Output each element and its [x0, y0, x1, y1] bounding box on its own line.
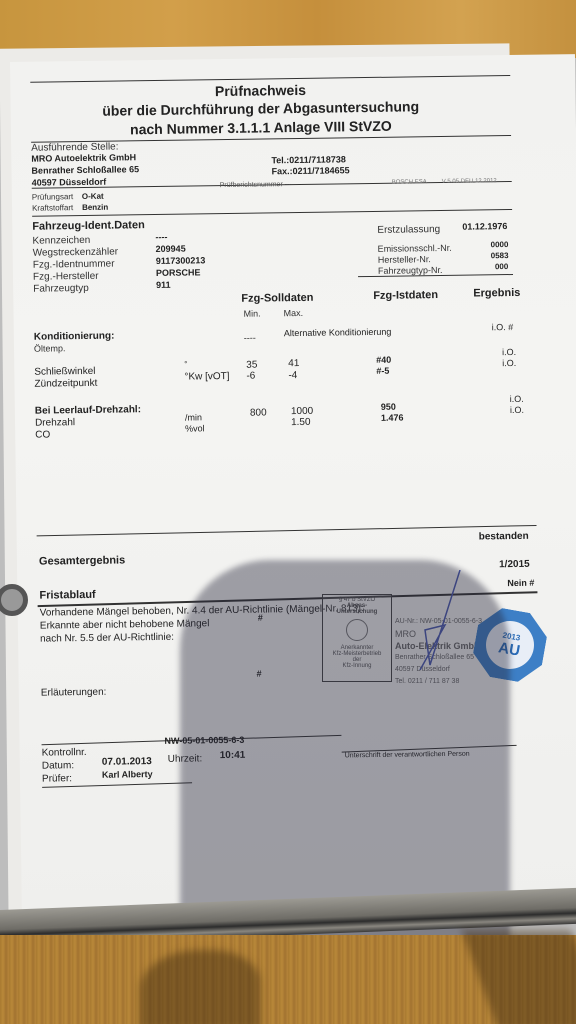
vehicle-heading: Fahrzeug-Ident.Daten [32, 219, 145, 233]
header-ergebnis: Ergebnis [473, 287, 520, 300]
vehicle-value: 9117300213 [156, 255, 206, 266]
vehicle-label: Kennzeichen [32, 235, 90, 247]
oil-temp-label: Öltemp. [34, 343, 66, 353]
header-solldaten: Fzg-Solldaten [241, 292, 313, 305]
idle-unit: %vol [185, 423, 205, 433]
idle-unit: /min [185, 412, 202, 422]
idle-min: 800 [250, 407, 267, 418]
fuel-type-label: Kraftstoffart [32, 203, 73, 213]
device-info: BOSCH ESA [392, 179, 427, 185]
idle-result: i.O. [510, 405, 524, 415]
measurement-label: Zündzeitpunkt [34, 378, 97, 390]
vehicle-label: Wegstreckenzähler [33, 247, 119, 259]
issuer-tel: Tel.:0211/7118738 [271, 154, 346, 165]
header-min: Min. [243, 309, 260, 319]
deadline-label: Fristablauf [39, 589, 95, 602]
conditioning-note: Alternative Konditionierung [284, 327, 392, 339]
test-type-value: O-Kat [82, 192, 104, 201]
report-number: Prüfberichtsnummer ---- [220, 181, 294, 189]
deadline-value: 1/2015 [499, 559, 530, 570]
measurement-actual: #-5 [376, 366, 389, 376]
date-label: Datum: [42, 760, 74, 771]
vehicle-value: PORSCHE [156, 267, 201, 278]
control-label: Kontrollnr. [42, 747, 87, 759]
conditioning-heading: Konditionierung: [34, 331, 115, 343]
header-istdaten: Fzg-Istdaten [373, 289, 438, 302]
measurement-actual: #40 [376, 355, 391, 365]
idle-heading: Bei Leerlauf-Drehzahl: [35, 404, 141, 416]
idle-label: CO [35, 429, 50, 440]
vehicle-value: 0000 [491, 240, 509, 249]
version-info: V 5.05 DEU 12.2012 [442, 178, 497, 185]
shadow [140, 950, 260, 1024]
vehicle-value: ---- [155, 232, 167, 242]
overall-label: Gesamtergebnis [39, 554, 125, 567]
vehicle-value: 000 [495, 262, 508, 271]
vehicle-label: Fzg.-Identnummer [33, 259, 115, 271]
issuer-street: Benrather Schloßallee 65 [31, 164, 139, 176]
vehicle-label: Hersteller-Nr. [378, 254, 431, 265]
date-value: 07.01.2013 [102, 756, 152, 768]
oil-temp-min: ---- [244, 333, 256, 343]
conditioning-result: i.O. # [492, 322, 514, 332]
measurement-label: Schließwinkel [34, 366, 95, 378]
inspector-value: Karl Alberty [102, 769, 153, 780]
notes-label: Erläuterungen: [41, 687, 107, 699]
vehicle-value: 911 [156, 280, 171, 290]
measurement-min: 35 [246, 360, 257, 371]
measurement-max: -4 [288, 370, 297, 381]
deadline-flag: Nein # [507, 578, 534, 588]
vehicle-value: 209945 [156, 244, 186, 254]
idle-max: 1000 [291, 406, 313, 417]
overall-result: bestanden [479, 531, 529, 543]
test-type-label: Prüfungsart [32, 192, 73, 202]
vehicle-label: Erstzulassung [377, 224, 440, 236]
vehicle-label: Fzg.-Hersteller [33, 271, 99, 283]
vehicle-label: Emissionsschl.-Nr. [378, 243, 452, 254]
vehicle-value: 01.12.1976 [462, 221, 507, 232]
measurement-unit: ° [184, 360, 187, 369]
header-max: Max. [283, 308, 303, 318]
measurement-min: -6 [246, 371, 255, 382]
idle-label: Drehzahl [35, 417, 75, 429]
vehicle-label: Fahrzeugtyp [33, 283, 89, 295]
divider [37, 525, 537, 536]
idle-max: 1.50 [291, 417, 311, 428]
measurement-max: 41 [288, 358, 299, 369]
vehicle-value: 0583 [491, 251, 509, 260]
idle-result: i.O. [510, 394, 524, 404]
measurement-result: i.O. [502, 347, 516, 357]
measurement-unit: °Kw [vOT] [184, 371, 229, 383]
measurement-result: i.O. [502, 358, 516, 368]
idle-actual: 1.476 [381, 413, 404, 423]
fuel-type-value: Benzin [82, 203, 108, 212]
idle-actual: 950 [381, 402, 396, 412]
defects-line-3: nach Nr. 5.5 der AU-Richtlinie: [40, 632, 174, 645]
issuer-fax: Fax.:0211/7184655 [271, 165, 349, 176]
inspector-label: Prüfer: [42, 773, 72, 784]
issuer-name: MRO Autoelektrik GmbH [31, 152, 136, 163]
